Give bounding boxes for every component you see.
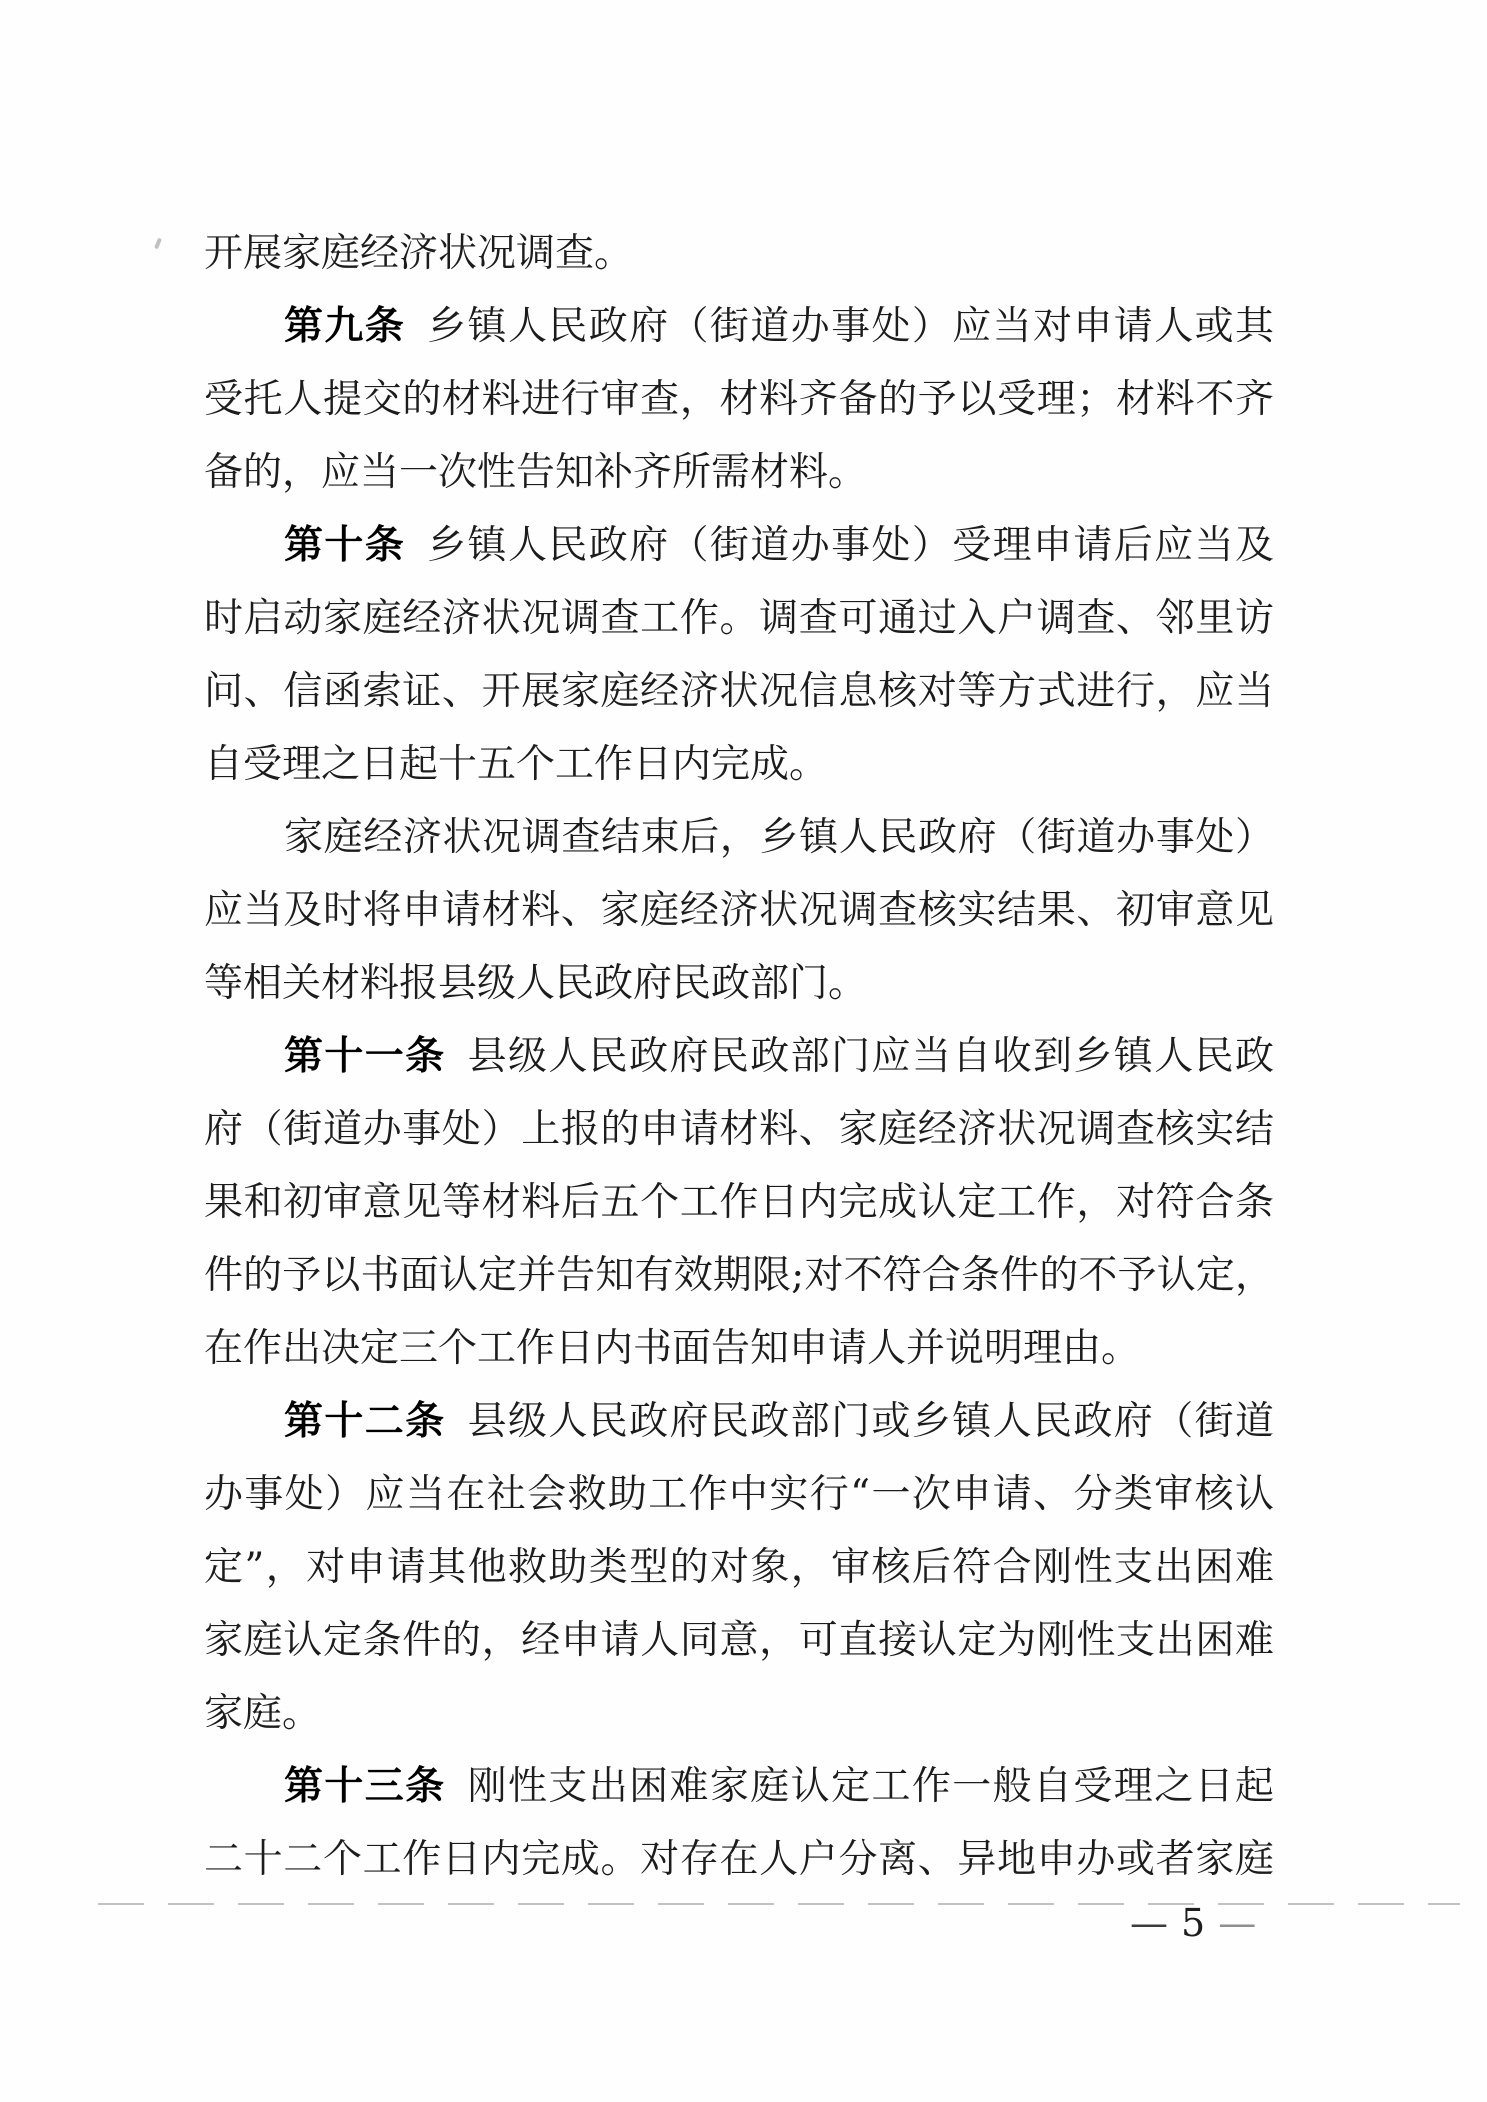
line-text: 定”，对申请其他救助类型的对象，审核后符合刚性支出困难 xyxy=(204,1545,1274,1590)
text-line: 第十三条刚性支出困难家庭认定工作一般自受理之日起 xyxy=(204,1750,1274,1823)
text-line: 家庭。 xyxy=(204,1677,1274,1750)
text-line: 在作出决定三个工作日内书面告知申请人并说明理由。 xyxy=(204,1312,1274,1385)
text-line: 家庭经济状况调查结束后，乡镇人民政府（街道办事处） xyxy=(204,801,1274,874)
text-line: 等相关材料报县级人民政府民政部门。 xyxy=(204,947,1274,1020)
line-text: 乡镇人民政府（街道办事处）受理申请后应当及 xyxy=(427,523,1274,568)
text-line: 件的予以书面认定并告知有效期限;对不符合条件的不予认定， xyxy=(204,1239,1274,1312)
text-line: 第十一条县级人民政府民政部门应当自收到乡镇人民政 xyxy=(204,1020,1274,1093)
line-text: 乡镇人民政府（街道办事处）应当对申请人或其 xyxy=(427,304,1274,349)
line-text: 县级人民政府民政部门应当自收到乡镇人民政 xyxy=(468,1034,1274,1079)
line-text: 果和初审意见等材料后五个工作日内完成认定工作，对符合条 xyxy=(204,1180,1274,1225)
line-text: 刚性支出困难家庭认定工作一般自受理之日起 xyxy=(468,1764,1274,1809)
line-text: 备的，应当一次性告知补齐所需材料。 xyxy=(204,450,867,495)
text-line: 自受理之日起十五个工作日内完成。 xyxy=(204,728,1274,801)
footer-dash-right: — xyxy=(1218,1901,1256,1945)
text-line: 受托人提交的材料进行审查，材料齐备的予以受理；材料不齐 xyxy=(204,363,1274,436)
text-line: 第十条乡镇人民政府（街道办事处）受理申请后应当及 xyxy=(204,509,1274,582)
text-line: 第九条乡镇人民政府（街道办事处）应当对申请人或其 xyxy=(204,290,1274,363)
line-text: 家庭经济状况调查结束后，乡镇人民政府（街道办事处） xyxy=(284,815,1274,860)
scan-speck xyxy=(154,238,162,250)
line-text: 府（街道办事处）上报的申请材料、家庭经济状况调查核实结 xyxy=(204,1107,1274,1152)
text-line: 定”，对申请其他救助类型的对象，审核后符合刚性支出困难 xyxy=(204,1531,1274,1604)
line-text: 在作出决定三个工作日内书面告知申请人并说明理由。 xyxy=(204,1326,1140,1371)
article-number: 第十三条 xyxy=(284,1764,446,1809)
line-text: 县级人民政府民政部门或乡镇人民政府（街道 xyxy=(468,1399,1274,1444)
article-number: 第九条 xyxy=(284,304,405,349)
line-text: 办事处）应当在社会救助工作中实行“一次申请、分类审核认 xyxy=(204,1472,1274,1517)
page-number: 5 xyxy=(1181,1901,1205,1945)
text-line: 家庭认定条件的，经申请人同意，可直接认定为刚性支出困难 xyxy=(204,1604,1274,1677)
text-line: 应当及时将申请材料、家庭经济状况调查核实结果、初审意见 xyxy=(204,874,1274,947)
line-text: 时启动家庭经济状况调查工作。调查可通过入户调查、邻里访 xyxy=(204,596,1274,641)
text-line: 开展家庭经济状况调查。 xyxy=(204,217,1274,290)
text-line: 府（街道办事处）上报的申请材料、家庭经济状况调查核实结 xyxy=(204,1093,1274,1166)
text-line: 二十二个工作日内完成。对存在人户分离、异地申办或者家庭 xyxy=(204,1823,1274,1896)
text-line: 时启动家庭经济状况调查工作。调查可通过入户调查、邻里访 xyxy=(204,582,1274,655)
footer-dash-left: — xyxy=(1130,1901,1168,1945)
line-text: 应当及时将申请材料、家庭经济状况调查核实结果、初审意见 xyxy=(204,888,1274,933)
text-line: 备的，应当一次性告知补齐所需材料。 xyxy=(204,436,1274,509)
document-page: 开展家庭经济状况调查。第九条乡镇人民政府（街道办事处）应当对申请人或其受托人提交… xyxy=(0,0,1487,2102)
line-text: 家庭。 xyxy=(204,1691,321,1736)
text-line: 第十二条县级人民政府民政部门或乡镇人民政府（街道 xyxy=(204,1385,1274,1458)
line-text: 问、信函索证、开展家庭经济状况信息核对等方式进行，应当 xyxy=(204,669,1274,714)
line-text: 受托人提交的材料进行审查，材料齐备的予以受理；材料不齐 xyxy=(204,377,1274,422)
line-text: 开展家庭经济状况调查。 xyxy=(204,231,633,276)
article-number: 第十二条 xyxy=(284,1399,446,1444)
line-text: 自受理之日起十五个工作日内完成。 xyxy=(204,742,828,787)
line-text: 家庭认定条件的，经申请人同意，可直接认定为刚性支出困难 xyxy=(204,1618,1274,1663)
text-line: 问、信函索证、开展家庭经济状况信息核对等方式进行，应当 xyxy=(204,655,1274,728)
page-footer: —5— xyxy=(1130,1899,1256,1947)
line-text: 等相关材料报县级人民政府民政部门。 xyxy=(204,961,867,1006)
line-text: 件的予以书面认定并告知有效期限;对不符合条件的不予认定， xyxy=(204,1253,1274,1298)
text-line: 办事处）应当在社会救助工作中实行“一次申请、分类审核认 xyxy=(204,1458,1274,1531)
document-body: 开展家庭经济状况调查。第九条乡镇人民政府（街道办事处）应当对申请人或其受托人提交… xyxy=(204,217,1274,1896)
article-number: 第十一条 xyxy=(284,1034,446,1079)
article-number: 第十条 xyxy=(284,523,405,568)
line-text: 二十二个工作日内完成。对存在人户分离、异地申办或者家庭 xyxy=(204,1837,1274,1882)
text-line: 果和初审意见等材料后五个工作日内完成认定工作，对符合条 xyxy=(204,1166,1274,1239)
